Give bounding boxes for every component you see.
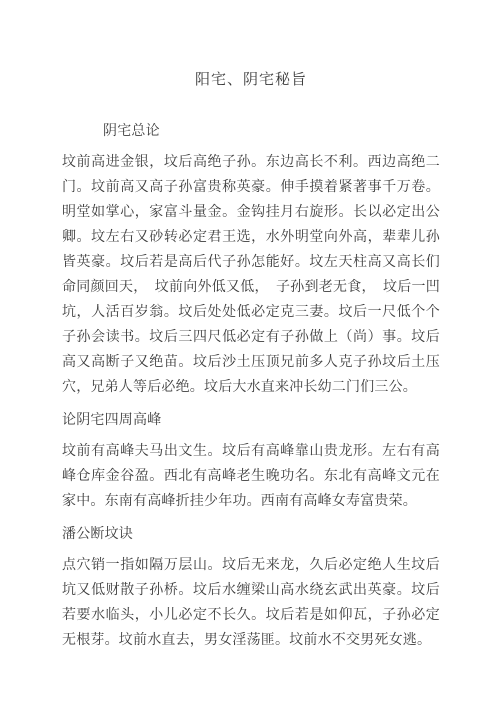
- document-title: 阳宅、阴宅秘旨: [62, 68, 440, 93]
- section-body-pangong-duanfenjue: 点穴销一指如隔万层山。坟后无来龙，久后必定绝人生坟后坑又低财散子孙桥。坟后水缠梁…: [62, 553, 440, 653]
- section-heading-sizhou-gaofeng: 论阴宅四周高峰: [62, 408, 440, 433]
- section-heading-pangong-duanfenjue: 潘公断坟诀: [62, 522, 440, 547]
- section-yinzhai-zonglun: 阴宅总论 坟前高进金银，坟后高绝子孙。东边高长不利。西边高绝二门。坟前高又高子孙…: [62, 119, 440, 400]
- section-heading-yinzhai-zonglun: 阴宅总论: [62, 119, 440, 144]
- document-page: 阳宅、阴宅秘旨 阴宅总论 坟前高进金银，坟后高绝子孙。东边高长不利。西边高绝二门…: [0, 0, 500, 708]
- section-body-yinzhai-zonglun: 坟前高进金银，坟后高绝子孙。东边高长不利。西边高绝二门。坟前高又高子孙富贵称英豪…: [62, 150, 440, 400]
- section-pangong-duanfenjue: 潘公断坟诀 点穴销一指如隔万层山。坟后无来龙，久后必定绝人生坟后坑又低财散子孙桥…: [62, 522, 440, 653]
- section-sizhou-gaofeng: 论阴宅四周高峰 坟前有高峰夫马出文生。坟后有高峰靠山贵龙形。左右有高峰仓库金谷盈…: [62, 408, 440, 514]
- section-body-sizhou-gaofeng: 坟前有高峰夫马出文生。坟后有高峰靠山贵龙形。左右有高峰仓库金谷盈。西北有高峰老生…: [62, 439, 440, 514]
